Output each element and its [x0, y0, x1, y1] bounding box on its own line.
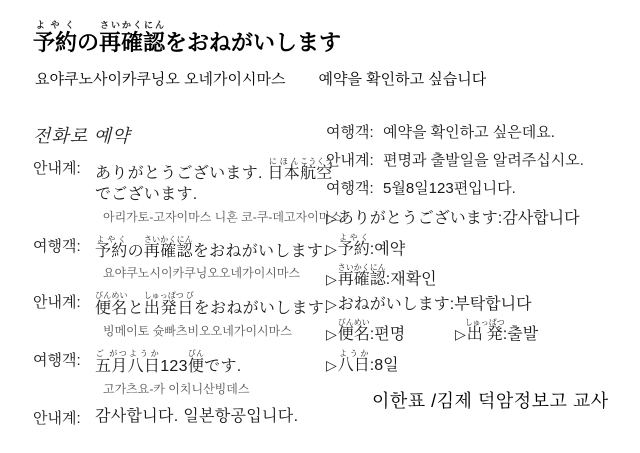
text-segment: をおねがいします. — [194, 300, 329, 317]
furigana-text: よやく — [338, 233, 370, 242]
text-segment: の — [128, 243, 144, 260]
triangle-marker-icon: ▷ — [326, 326, 337, 342]
furigana-ruby: 予約よやく — [33, 30, 77, 55]
vocab-entry: ▷便名びんめい:편명 — [326, 318, 455, 346]
vocab-row: ▷再確認さいかくにん:재확인 — [326, 263, 638, 291]
author-credit: 이한표 /김제 덕암정보고 교사 — [372, 387, 609, 413]
furigana-text: さいかくにん — [99, 20, 165, 30]
furigana-text: ようか — [338, 349, 370, 358]
vocab-entry: ▷予約よやく:예약 — [326, 233, 405, 261]
furigana-text: よやく — [95, 235, 128, 244]
dialogue-content: ありがとうございます. 日本にほん航空こうくうでございます.아리가토-고자이마스… — [95, 157, 342, 225]
text-segment: おねがいします — [338, 296, 450, 313]
korean-dialogue-row: 여행객:예약을 확인하고 싶은데요. — [326, 122, 638, 143]
speaker-label: 안내계: — [33, 157, 95, 179]
vocab-list: ▷ありがとうございます:감사합니다▷予約よやく:예약▷再確認さいかくにん:재확인… — [326, 208, 638, 377]
speaker-label: 안내계: — [326, 150, 383, 171]
title-translation: 예약을 확인하고 싶습니다 — [319, 68, 487, 89]
dialogue-line: 便名びんめいと出発日しゅっぱつ びをおねがいします. — [95, 291, 329, 320]
vocab-row: ▷八日ようか:8일 — [326, 349, 638, 377]
text-segment: ありがとうございます — [338, 210, 498, 227]
dialogue-text: 예약을 확인하고 싶은데요. — [383, 122, 555, 143]
dialogue-entry: 안내계:감사합니다. 일본항공입니다. — [33, 407, 326, 429]
furigana-ruby: 便名びんめい — [338, 326, 370, 343]
korean-dialogue-row: 여행객:5월8일123편입니다. — [326, 178, 638, 199]
vocab-entry: ▷ありがとうございます:감사합니다 — [326, 208, 580, 230]
korean-dialogue-row: 안내계:편명과 출발일을 알려주십시오. — [326, 150, 638, 171]
furigana-text: びん — [188, 349, 204, 358]
dialogue-content: 감사합니다. 일본항공입니다. — [95, 407, 326, 428]
speaker-label: 여행객: — [33, 349, 95, 371]
triangle-marker-icon: ▷ — [326, 271, 337, 287]
vocab-row: ▷ありがとうございます:감사합니다 — [326, 208, 638, 230]
dialogue-line: 予約よやくの再確認さいかくにんをおねがいします. — [95, 235, 328, 263]
korean-dialogue: 여행객:예약을 확인하고 싶은데요.안내계:편명과 출발일을 알려주십시오.여행… — [326, 122, 638, 199]
text-segment: をおねがいします. — [193, 243, 328, 260]
speaker-label: 안내계: — [33, 407, 95, 429]
vocab-row: ▷予約よやく:예약 — [326, 233, 638, 261]
vocab-meaning: 예약 — [374, 241, 405, 258]
speaker-label: 여행객: — [326, 122, 383, 143]
triangle-marker-icon: ▷ — [326, 241, 337, 257]
furigana-text: よやく — [33, 20, 77, 30]
furigana-text: しゅっぱつ び — [144, 291, 194, 300]
dialogue-entry: 안내계:ありがとうございます. 日本にほん航空こうくうでございます.아리가토-고… — [33, 157, 326, 225]
dialogue-text: 편명과 출발일을 알려주십시오. — [383, 150, 584, 171]
title-romanization: 요야쿠노사이카쿠닝오 오네가이시마스 — [35, 68, 286, 89]
furigana-ruby: 予約よやく — [95, 243, 128, 260]
section-title: 전화로 예약 — [33, 122, 326, 148]
furigana-text: ようか — [128, 349, 161, 358]
dialogue-entry: 안내계:便名びんめいと出発日しゅっぱつ びをおねがいします.빙메이토 슛빠츠비오… — [33, 291, 326, 339]
furigana-ruby: 出発しゅっぱつ — [467, 326, 503, 343]
dialogue-line: ありがとうございます. 日本にほん航空こうくう — [95, 157, 342, 185]
text-segment: をおねがいします — [165, 30, 341, 55]
vocab-meaning: 부탁합니다 — [454, 296, 531, 313]
text-segment: ありがとうございます. — [95, 165, 268, 182]
text-segment: と — [128, 300, 144, 317]
vocab-entry: ▷再確認さいかくにん:재확인 — [326, 263, 437, 291]
dialogue-content: 予約よやくの再確認さいかくにんをおねがいします.요야쿠노시이카쿠닝오오네가이시마… — [95, 235, 328, 282]
text-segment: の — [77, 30, 99, 55]
triangle-marker-icon: ▷ — [326, 296, 337, 312]
furigana-text: びんめい — [338, 318, 370, 327]
furigana-ruby: 八日ようか — [128, 358, 161, 375]
dialogue-line: でございます. — [95, 185, 342, 206]
document-page: 予約よやくの再確認さいかくにんをおねがいします 요야쿠노사이카쿠닝오 오네가이시… — [0, 0, 640, 453]
vocab-meaning: 8일 — [374, 357, 398, 374]
text-segment: 감사합니다. 일본항공입니다. — [95, 408, 298, 425]
vocab-meaning: 출발 — [507, 326, 538, 343]
phone-dialogue: 안내계:ありがとうございます. 日本にほん航空こうくうでございます.아리가토-고… — [33, 157, 326, 429]
speaker-label: 여행객: — [326, 178, 383, 199]
dialogue-content: 五月ご がつ八日ようか123便びんです.고가츠요-카 이치니산빙데스 — [95, 349, 326, 397]
dialogue-text: 5월8일123편입니다. — [383, 178, 516, 199]
triangle-marker-icon: ▷ — [326, 357, 337, 373]
dialogue-line: 감사합니다. 일본항공입니다. — [95, 407, 326, 428]
furigana-text: にほん — [268, 157, 301, 166]
furigana-ruby: 八日ようか — [338, 357, 370, 374]
vocab-row: ▷便名びんめい:편명▷出発しゅっぱつ:출발 — [326, 318, 638, 346]
vocab-entry: ▷おねがいします:부탁합니다 — [326, 294, 532, 316]
furigana-ruby: 再確認さいかくにん — [144, 243, 193, 260]
vocab-entry: ▷出発しゅっぱつ:출발 — [455, 318, 538, 346]
text-segment: 123 — [160, 358, 188, 375]
furigana-text: さいかくにん — [144, 235, 193, 244]
furigana-ruby: 日本にほん — [268, 165, 301, 182]
vocab-meaning: 재확인 — [390, 271, 436, 288]
furigana-ruby: 予約よやく — [338, 241, 370, 258]
furigana-ruby: 出発日しゅっぱつ び — [144, 300, 194, 317]
text-segment: です. — [204, 358, 241, 375]
left-column: 전화로 예약 안내계:ありがとうございます. 日本にほん航空こうくうでございます… — [33, 122, 326, 439]
vocab-meaning: 감사합니다 — [502, 210, 579, 227]
furigana-ruby: 再確認さいかくにん — [338, 271, 386, 288]
vocab-row: ▷おねがいします:부탁합니다 — [326, 294, 638, 316]
furigana-ruby: 五月ご がつ — [95, 358, 128, 375]
transliteration-line: 고가츠요-카 이치니산빙데스 — [103, 380, 326, 397]
transliteration-line: 빙메이토 슛빠츠비오오네가이시마스 — [103, 322, 329, 339]
furigana-text: ご がつ — [95, 349, 128, 358]
furigana-text: しゅっぱつ — [465, 318, 505, 327]
dialogue-line: 五月ご がつ八日ようか123便びんです. — [95, 349, 326, 378]
furigana-text: びんめい — [95, 291, 128, 300]
transliteration-line: 아리가토-고자이마스 니혼 코-쿠-데고자이마스 — [103, 208, 342, 225]
vocab-meaning: 편명 — [374, 326, 405, 343]
dialogue-entry: 여행객:五月ご がつ八日ようか123便びんです.고가츠요-카 이치니산빙데스 — [33, 349, 326, 397]
speaker-label: 여행객: — [33, 235, 95, 257]
dialogue-entry: 여행객:予約よやくの再確認さいかくにんをおねがいします.요야쿠노시이카쿠닝오오네… — [33, 235, 326, 282]
furigana-ruby: 便名びんめい — [95, 300, 128, 317]
furigana-ruby: 再確認さいかくにん — [99, 30, 165, 55]
page-title: 予約よやくの再確認さいかくにんをおねがいします — [33, 20, 341, 55]
transliteration-line: 요야쿠노시이카쿠닝오오네가이시마스 — [103, 264, 328, 281]
triangle-marker-icon: ▷ — [326, 210, 337, 226]
furigana-ruby: 便びん — [188, 358, 204, 375]
text-segment: でございます. — [95, 186, 198, 203]
dialogue-content: 便名びんめいと出発日しゅっぱつ びをおねがいします.빙메이토 슛빠츠비오오네가이… — [95, 291, 329, 339]
speaker-label: 안내계: — [33, 291, 95, 313]
right-column: 여행객:예약을 확인하고 싶은데요.안내계:편명과 출발일을 알려주십시오.여행… — [326, 122, 638, 380]
vocab-entry: ▷八日ようか:8일 — [326, 349, 399, 377]
furigana-text: さいかくにん — [338, 263, 386, 272]
subtitle-row: 요야쿠노사이카쿠닝오 오네가이시마스 예약을 확인하고 싶습니다 — [35, 68, 486, 89]
